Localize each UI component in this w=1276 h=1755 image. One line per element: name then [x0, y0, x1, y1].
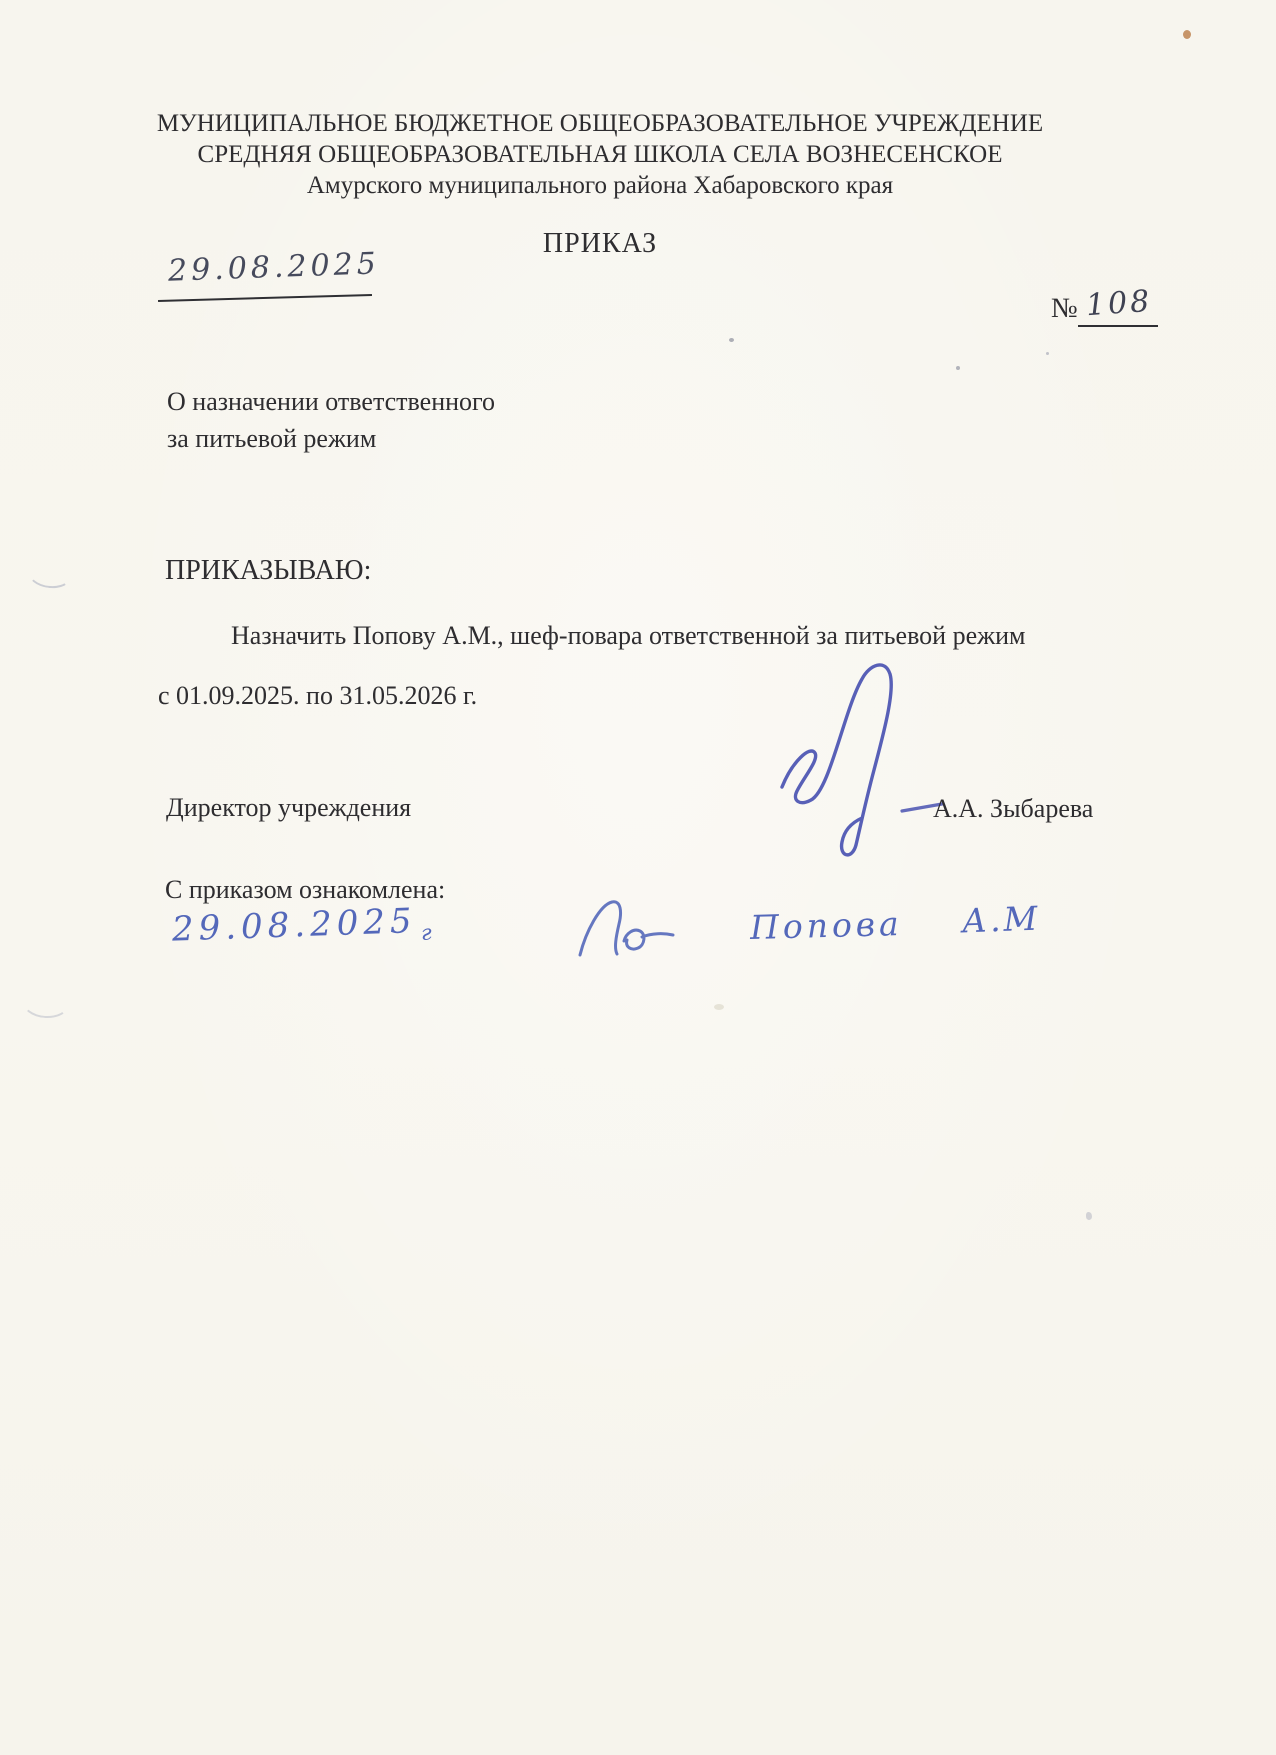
- signer-title: Директор учреждения: [166, 793, 411, 823]
- doc-number-underline: [1078, 325, 1158, 327]
- ack-signature: [572, 893, 682, 968]
- subject-block: О назначении ответственного за питьевой …: [167, 383, 495, 457]
- ack-date-text: 29.08.2025: [171, 901, 417, 950]
- doc-number-label: №: [1051, 293, 1078, 325]
- org-header-line2: СРЕДНЯЯ ОБЩЕОБРАЗОВАТЕЛЬНАЯ ШКОЛА СЕЛА В…: [85, 139, 1115, 170]
- order-keyword: ПРИКАЗЫВАЮ:: [165, 555, 371, 587]
- signer-name: А.А. Зыбарева: [933, 794, 1093, 824]
- scan-speck-3: [1046, 352, 1049, 355]
- handwritten-date: 29.08.2025: [167, 246, 380, 288]
- body-line2: с 01.09.2025. по 31.05.2026 г.: [158, 681, 477, 711]
- scan-speck-1: [729, 338, 734, 342]
- org-header-line3: Амурского муниципального района Хабаровс…: [85, 170, 1115, 201]
- subject-line1: О назначении ответственного: [167, 383, 495, 420]
- doc-number-value: 108: [1085, 284, 1154, 324]
- subject-line2: за питьевой режим: [167, 420, 495, 457]
- scan-speck-4: [1086, 1212, 1092, 1220]
- org-header: МУНИЦИПАЛЬНОЕ БЮДЖЕТНОЕ ОБЩЕОБРАЗОВАТЕЛЬ…: [85, 108, 1115, 201]
- scan-speck-tan: [1183, 30, 1191, 39]
- scan-speck-2: [956, 366, 960, 370]
- body-line1: Назначить Попову А.М., шеф-повара ответс…: [231, 621, 1025, 651]
- director-signature: [752, 652, 962, 867]
- scan-smudge-1: [714, 1004, 724, 1010]
- ack-initials-handwritten: А.М: [961, 899, 1041, 941]
- ack-surname-handwritten: Попова: [750, 904, 904, 947]
- ack-date-suffix: г: [421, 920, 437, 945]
- org-header-line1: МУНИЦИПАЛЬНОЕ БЮДЖЕТНОЕ ОБЩЕОБРАЗОВАТЕЛЬ…: [85, 108, 1115, 139]
- ack-handwritten-date: 29.08.2025г: [171, 900, 437, 953]
